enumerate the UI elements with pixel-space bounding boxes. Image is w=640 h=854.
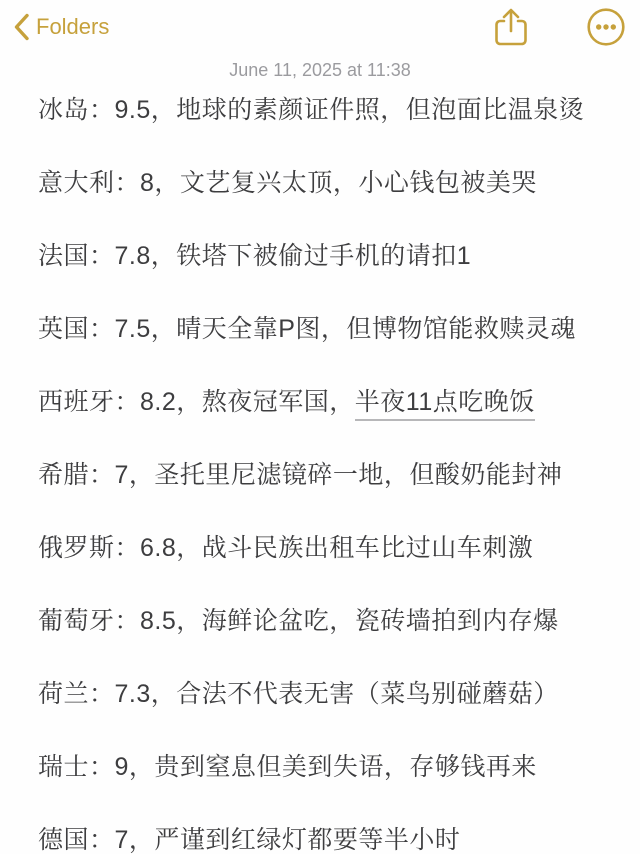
notes-app-screen: Folders June 11, 202 xyxy=(0,0,640,854)
chevron-left-icon xyxy=(14,13,29,41)
note-line-iceland[interactable]: 冰岛：9.5，地球的素颜证件照，但泡面比温泉烫 xyxy=(38,95,604,125)
note-line-russia[interactable]: 俄罗斯：6.8，战斗民族出租车比过山车刺激 xyxy=(38,533,604,563)
share-icon xyxy=(494,7,528,47)
note-line-france[interactable]: 法国：7.8，铁塔下被偷过手机的请扣1 xyxy=(38,241,604,271)
ellipsis-circle-icon xyxy=(586,7,626,47)
note-line-spain-underlined-text: 半夜11点吃晚饭 xyxy=(355,388,535,421)
navigation-bar: Folders xyxy=(0,0,640,48)
note-line-switzerland[interactable]: 瑞士：9，贵到窒息但美到失语，存够钱再来 xyxy=(38,752,604,782)
note-line-germany[interactable]: 德国：7，严谨到红绿灯都要等半小时 xyxy=(38,825,604,854)
note-line-spain[interactable]: 西班牙：8.2，熬夜冠军国，半夜11点吃晚饭 xyxy=(38,387,604,417)
note-line-greece[interactable]: 希腊：7，圣托里尼滤镜碎一地，但酸奶能封神 xyxy=(38,460,604,490)
note-body[interactable]: 冰岛：9.5，地球的素颜证件照，但泡面比温泉烫 意大利：8，文艺复兴太顶，小心钱… xyxy=(0,82,640,854)
share-button[interactable] xyxy=(494,7,528,47)
note-timestamp: June 11, 2025 at 11:38 xyxy=(0,58,640,82)
more-options-button[interactable] xyxy=(586,7,626,47)
note-line-netherlands[interactable]: 荷兰：7.3，合法不代表无害（菜鸟别碰蘑菇） xyxy=(38,679,604,709)
note-line-uk[interactable]: 英国：7.5，晴天全靠P图，但博物馆能救赎灵魂 xyxy=(38,314,604,344)
note-line-italy[interactable]: 意大利：8，文艺复兴太顶，小心钱包被美哭 xyxy=(38,168,604,198)
note-line-spain-text: 西班牙：8.2，熬夜冠军国， xyxy=(38,388,355,416)
note-line-portugal[interactable]: 葡萄牙：8.5，海鲜论盆吃，瓷砖墙拍到内存爆 xyxy=(38,606,604,636)
back-button-label: Folders xyxy=(36,14,109,40)
back-to-folders-button[interactable]: Folders xyxy=(14,13,109,41)
